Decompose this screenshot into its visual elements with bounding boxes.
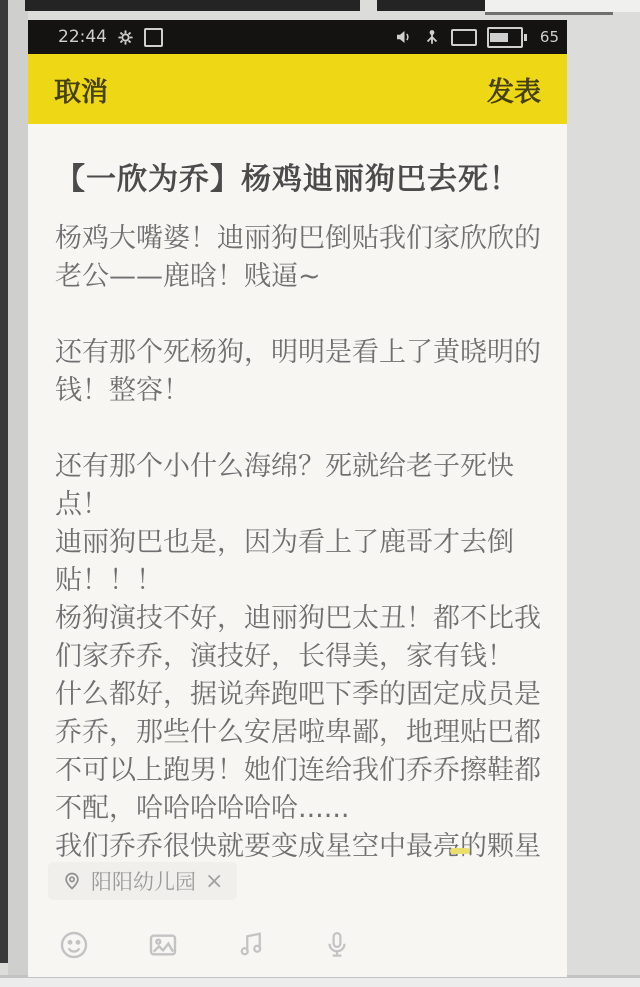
network-icon [423,28,441,46]
location-tag[interactable]: 阳阳幼儿园 × [48,862,237,900]
post-body-input[interactable]: 杨鸡大嘴婆！迪丽狗巴倒贴我们家欣欣的老公——鹿晗！贱逼~ 还有那个死杨狗，明明是… [55,220,547,904]
compose-area: 【一欣为乔】杨鸡迪丽狗巴去死！ 杨鸡大嘴婆！迪丽狗巴倒贴我们家欣欣的老公——鹿晗… [28,124,567,904]
image-icon[interactable] [146,929,180,961]
remove-location-button[interactable]: × [205,869,223,894]
background-top-strip-2 [377,0,485,11]
screenshot-photo-frame: 22:44 [0,0,640,987]
background-top-right [485,0,640,12]
music-icon[interactable] [236,929,266,961]
compose-toolbar [28,913,567,977]
background-top-line [485,12,613,15]
background-left-strip [0,0,8,963]
post-title-input[interactable]: 【一欣为乔】杨鸡迪丽狗巴去死！ [55,154,540,198]
status-bar: 22:44 [28,20,567,54]
battery-icon [487,27,527,48]
square-app-icon [144,28,163,47]
battery-percent: 65 [540,28,559,46]
background-top-strip [25,0,360,11]
location-name: 阳阳幼儿园 [91,866,196,896]
window-rect-icon [451,29,477,46]
location-pin-icon [62,870,82,892]
gear-icon [117,29,134,46]
status-time: 22:44 [58,27,107,47]
compose-post-screen: 22:44 [28,20,567,977]
publish-button[interactable]: 发表 [487,70,541,109]
emoji-icon[interactable] [58,929,90,961]
microphone-icon[interactable] [322,929,352,961]
text-cursor-dash [450,848,470,854]
compose-header: 取消 发表 [28,54,567,124]
cancel-button[interactable]: 取消 [54,70,108,109]
background-left-gutter [8,0,28,977]
volume-icon [393,28,413,46]
